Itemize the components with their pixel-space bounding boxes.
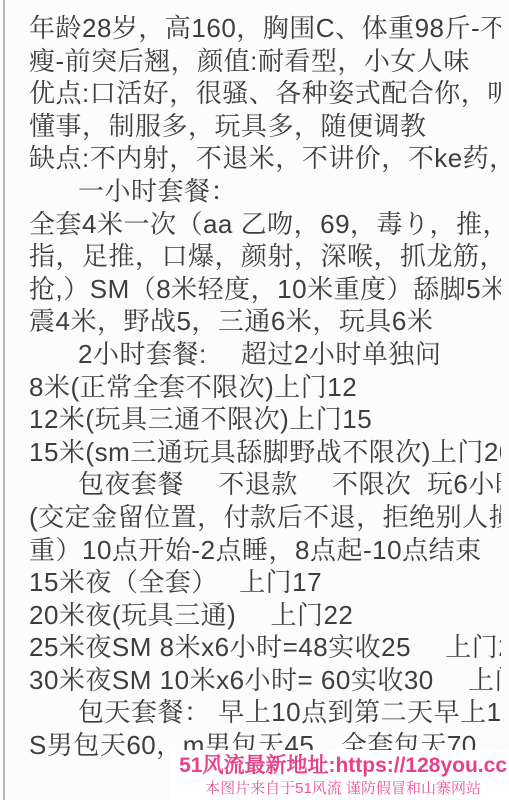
text-line: 20米夜(玩具三通) 上门22	[29, 599, 501, 632]
text-line: 重）10点开始-2点睡，8点起-10点结束	[29, 534, 501, 567]
text-line: 8米(正常全套不限次)上门12	[29, 371, 501, 404]
text-line: 12米(玩具三通不限次)上门15	[29, 403, 501, 436]
text-line: 包天套餐： 早上10点到第二天早上10点	[29, 696, 501, 729]
text-line: (交定金留位置，付款后不退，拒绝别人损失惨	[29, 501, 501, 534]
text-line: 2小时套餐: 超过2小时单独问	[29, 338, 501, 371]
text-line: 懂事，制服多，玩具多，随便调教	[29, 110, 501, 143]
text-line: 优点:口活好，很骚、各种姿式配合你，听话，	[29, 77, 501, 110]
text-line: 抢,）SM（8米轻度，10米重度）舔脚5米，车	[29, 273, 501, 306]
text-line: 瘦-前突后翘，颜值:耐看型，小女人味	[29, 45, 501, 78]
text-line: 15米夜（全套） 上门17	[29, 566, 501, 599]
text-line: 全套4米一次（aa 乙吻，69，毒り，推，划	[29, 208, 501, 241]
text-line: 指，足推，口爆，颜射，深喉，抓龙筋，回马	[29, 240, 501, 273]
text-line: 包夜套餐 不退款 不限次 玩6小时	[29, 468, 501, 501]
watermark-site-url: 51风流最新地址:https://128you.cc	[179, 753, 507, 779]
watermark-box: 51风流最新地址:https://128you.cc 本图片来自于51风流 谨防…	[171, 750, 509, 800]
text-line: 15米(sm三通玩具舔脚野战不限次)上门20	[29, 436, 501, 469]
watermark-disclaimer: 本图片来自于51风流 谨防假冒和山寨网站	[179, 779, 507, 798]
text-line: 年龄28岁，高160，胸围C、体重98斤-不胖不	[29, 12, 501, 45]
text-line: 震4米，野战5，三通6米，玩具6米	[29, 305, 501, 338]
text-line: 缺点:不内射，不退米，不讲价，不ke药，	[29, 142, 501, 175]
service-listing-text: 年龄28岁，高160，胸围C、体重98斤-不胖不瘦-前突后翘，颜值:耐看型，小女…	[0, 0, 509, 762]
text-line: 30米夜SM 10米x6小时= 60实收30 上门32	[29, 664, 501, 697]
screenshot-root: { "page": { "bg": "#fcfcfc", "text_color…	[0, 0, 509, 800]
text-line: 一小时套餐：	[29, 175, 501, 208]
text-line: 25米夜SM 8米x6小时=48实收25 上门27	[29, 631, 501, 664]
